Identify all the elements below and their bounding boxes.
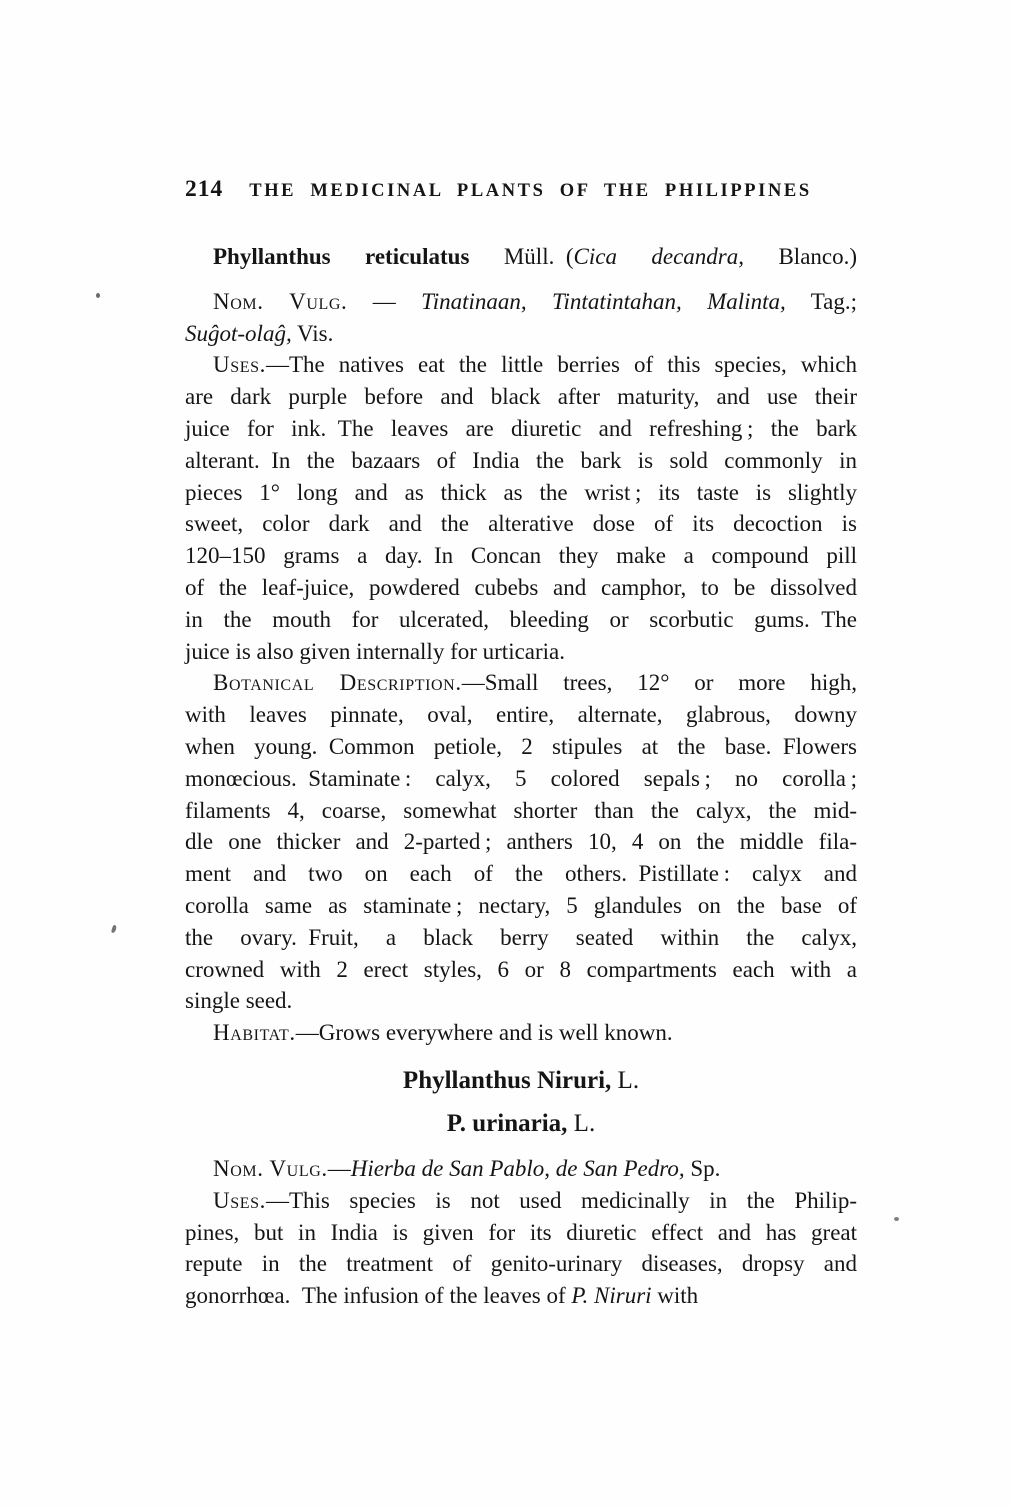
text-line: monœcious. Staminate : calyx, 5 colored … [185, 763, 857, 795]
text-line: juice is also given internally for urtic… [185, 636, 857, 668]
text-line: in the mouth for ulcerated, bleeding or … [185, 604, 857, 636]
text-segment: P. Niruri [571, 1283, 651, 1308]
scan-speck [894, 1217, 899, 1221]
text-line: Phyllanthus Niruri, L. [185, 1064, 857, 1098]
text-segment: — [347, 289, 421, 314]
text-segment: Tinatinaan, Tintatintahan, Malinta, [421, 289, 786, 314]
text-line: Uses.—The natives eat the little berries… [185, 349, 857, 381]
text-line: gonorrhœa. The infusion of the leaves of… [185, 1280, 857, 1312]
text-segment: Müll. ( [469, 244, 573, 269]
text-line: Suĝot-olaĝ, Vis. [185, 318, 857, 350]
text-line: dle one thicker and 2-parted ; anthers 1… [185, 826, 857, 858]
text-line: when young. Common petiole, 2 stipules a… [185, 731, 857, 763]
text-line: alterant. In the bazaars of India the ba… [185, 445, 857, 477]
text-segment: Blanco.) [744, 244, 857, 269]
botanical-description-reticulatus: Botanical Description.—Small trees, 12° … [185, 667, 857, 1017]
text-segment: L. [567, 1110, 595, 1137]
text-segment: filaments 4, coarse, somewhat shorter th… [185, 798, 857, 823]
text-segment: pieces 1° long and as thick as the wrist… [185, 480, 857, 505]
text-line: the ovary. Fruit, a black berry seated w… [185, 922, 857, 954]
text-segment: —The natives eat the little berries of t… [266, 352, 857, 377]
text-line: 120–150 grams a day. In Concan they make… [185, 540, 857, 572]
text-segment: —Small trees, 12° or more high, [462, 670, 857, 695]
text-segment: —This species is not used medicinally in… [266, 1188, 857, 1213]
text-segment: Habitat. [213, 1020, 296, 1045]
habitat-reticulatus: Habitat.—Grows everywhere and is well kn… [185, 1017, 857, 1049]
text-line: are dark purple before and black after m… [185, 381, 857, 413]
species-heading-urinaria: P. urinaria, L. [185, 1107, 857, 1141]
text-column: 214 THE MEDICINAL PLANTS OF THE PHILIPPI… [185, 176, 857, 1312]
species-heading-reticulatus: Phyllanthus reticulatus Müll. (Cica deca… [185, 241, 857, 273]
running-header: 214 THE MEDICINAL PLANTS OF THE PHILIPPI… [185, 176, 857, 204]
text-line: Uses.—This species is not used medicinal… [185, 1185, 857, 1217]
text-segment: —Grows everywhere and is well known. [296, 1020, 673, 1045]
text-line: Botanical Description.—Small trees, 12° … [185, 667, 857, 699]
text-segment: dle one thicker and 2-parted ; anthers 1… [185, 829, 857, 854]
text-blocks: Phyllanthus reticulatus Müll. (Cica deca… [185, 241, 857, 1312]
text-segment: Suĝot-olaĝ, [185, 321, 292, 346]
text-segment: alterant. In the bazaars of India the ba… [185, 448, 857, 473]
text-segment: L. [611, 1067, 639, 1094]
species-heading-niruri: Phyllanthus Niruri, L. [185, 1064, 857, 1098]
text-segment: Phyllanthus reticulatus [213, 244, 469, 269]
text-line: Nom. Vulg.—Hierba de San Pablo, de San P… [185, 1153, 857, 1185]
text-segment: pines, but in India is given for its diu… [185, 1220, 857, 1245]
text-segment: corolla same as staminate ; nectary, 5 g… [185, 893, 857, 918]
text-segment: of the leaf-juice, powdered cubebs and c… [185, 575, 857, 600]
nom-vulg-niruri: Nom. Vulg.—Hierba de San Pablo, de San P… [185, 1153, 857, 1185]
running-title: THE MEDICINAL PLANTS OF THE PHILIPPINES [249, 178, 812, 204]
text-segment: the ovary. Fruit, a black berry seated w… [185, 925, 857, 950]
text-line: with leaves pinnate, oval, entire, alter… [185, 699, 857, 731]
text-segment: are dark purple before and black after m… [185, 384, 857, 409]
text-line: repute in the treatment of genito-urinar… [185, 1248, 857, 1280]
text-segment: single seed. [185, 988, 292, 1013]
uses-niruri: Uses.—This species is not used medicinal… [185, 1185, 857, 1312]
text-line: Nom. Vulg. — Tinatinaan, Tintatintahan, … [185, 286, 857, 318]
text-segment: — [328, 1156, 351, 1181]
text-segment: Uses. [213, 352, 266, 377]
text-line: sweet, color dark and the alterative dos… [185, 508, 857, 540]
text-line: Phyllanthus reticulatus Müll. (Cica deca… [185, 241, 857, 273]
text-segment: Cica decandra, [574, 244, 745, 269]
scan-speck [96, 293, 100, 298]
text-line: juice for ink. The leaves are diuretic a… [185, 413, 857, 445]
text-line: Habitat.—Grows everywhere and is well kn… [185, 1017, 857, 1049]
text-line: pieces 1° long and as thick as the wrist… [185, 477, 857, 509]
text-segment: Hierba de San Pablo, de San Pedro, [351, 1156, 685, 1181]
text-segment: with leaves pinnate, oval, entire, alter… [185, 702, 857, 727]
text-segment: Nom. Vulg. [213, 1156, 328, 1181]
text-line: single seed. [185, 985, 857, 1017]
text-segment: Nom. Vulg. [213, 289, 347, 314]
text-segment: repute in the treatment of genito-urinar… [185, 1251, 857, 1276]
page-number: 214 [185, 176, 223, 202]
text-segment: P. urinaria, [447, 1110, 568, 1137]
text-segment: Vis. [292, 321, 334, 346]
text-line: ment and two on each of the others. Pist… [185, 858, 857, 890]
text-segment: monœcious. Staminate : calyx, 5 colored … [185, 766, 857, 791]
text-segment: Phyllanthus Niruri, [403, 1067, 611, 1094]
text-segment: crowned with 2 erect styles, 6 or 8 comp… [185, 957, 857, 982]
scan-speck [111, 925, 117, 934]
text-line: filaments 4, coarse, somewhat shorter th… [185, 795, 857, 827]
text-segment: gonorrhœa. The infusion of the leaves of [185, 1283, 571, 1308]
text-segment: when young. Common petiole, 2 stipules a… [185, 734, 857, 759]
scanned-book-page: 214 THE MEDICINAL PLANTS OF THE PHILIPPI… [0, 0, 1010, 1506]
text-segment: ment and two on each of the others. Pist… [185, 861, 857, 886]
text-segment: Tag.; [786, 289, 857, 314]
text-segment: in the mouth for ulcerated, bleeding or … [185, 607, 857, 632]
nom-vulg-reticulatus: Nom. Vulg. — Tinatinaan, Tintatintahan, … [185, 286, 857, 350]
text-segment: Botanical Description. [213, 670, 462, 695]
text-line: P. urinaria, L. [185, 1107, 857, 1141]
text-line: corolla same as staminate ; nectary, 5 g… [185, 890, 857, 922]
uses-reticulatus: Uses.—The natives eat the little berries… [185, 349, 857, 667]
text-segment: 120–150 grams a day. In Concan they make… [185, 543, 857, 568]
text-segment: with [652, 1283, 699, 1308]
text-segment: sweet, color dark and the alterative dos… [185, 511, 857, 536]
text-segment: juice is also given internally for urtic… [185, 639, 565, 664]
text-segment: juice for ink. The leaves are diuretic a… [185, 416, 857, 441]
text-segment: Uses. [213, 1188, 266, 1213]
text-line: of the leaf-juice, powdered cubebs and c… [185, 572, 857, 604]
text-line: crowned with 2 erect styles, 6 or 8 comp… [185, 954, 857, 986]
text-line: pines, but in India is given for its diu… [185, 1217, 857, 1249]
text-segment: Sp. [685, 1156, 721, 1181]
